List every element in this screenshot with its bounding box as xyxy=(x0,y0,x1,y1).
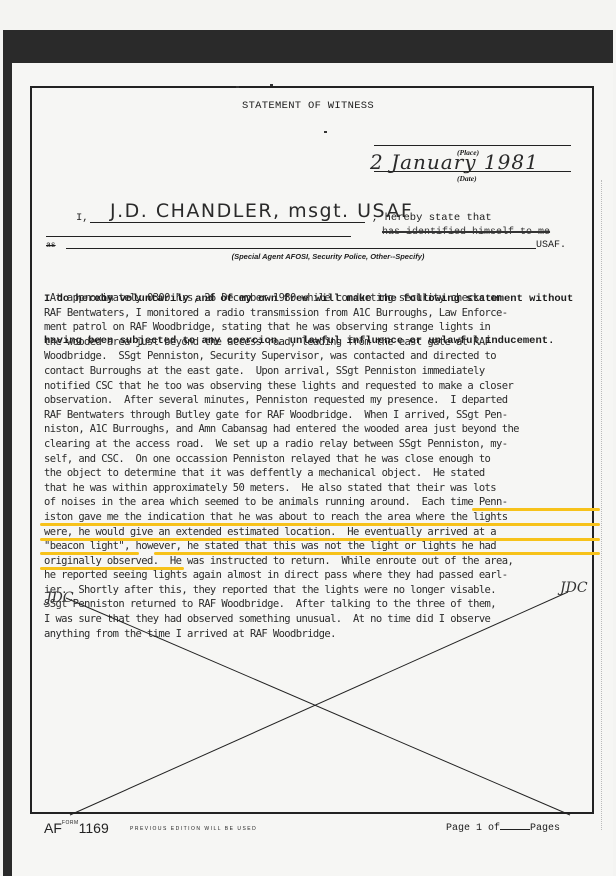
statement-line: were, he would give an extended estimate… xyxy=(44,525,604,540)
statement-line: contact Burroughs at the east gate. Upon… xyxy=(44,364,604,379)
form-number: AFFORM1169 xyxy=(44,820,109,836)
page-count: Page 1 ofPages xyxy=(446,823,560,834)
witness-name-line xyxy=(90,222,365,223)
statement-line: he reported seeing lights again almost i… xyxy=(44,568,604,583)
witness-prefix: I, xyxy=(76,212,89,224)
date-line xyxy=(374,171,571,172)
scan-speck xyxy=(324,131,327,133)
initials-right: JDC xyxy=(560,580,588,596)
statement-line: ment patrol on RAF Woodbridge, stating t… xyxy=(44,320,604,335)
form-title: STATEMENT OF WITNESS xyxy=(0,100,616,112)
struck-prefix: as xyxy=(46,241,56,250)
highlight-underline xyxy=(40,567,184,570)
statement-line: Woodbridge. SSgt Penniston, Security Sup… xyxy=(44,349,604,364)
statement-line: observation. After several minutes, Penn… xyxy=(44,393,604,408)
highlight-underline xyxy=(472,508,600,511)
date-label: (Date) xyxy=(457,174,477,183)
page-suffix: Pages xyxy=(530,823,560,834)
void-cross-lines xyxy=(30,590,596,818)
statement-line: At approximately 0300 hrs, 26 December 1… xyxy=(44,291,604,306)
witness-suffix: , hereby state that xyxy=(372,212,492,224)
statement-line: the object to determine that it was deff… xyxy=(44,466,604,481)
witness-name: J.D. CHANDLER, msgt. USAF xyxy=(110,200,413,222)
statement-line: that he was within approximately 50 mete… xyxy=(44,481,604,496)
scan-speck xyxy=(236,86,239,88)
statement-line: niston, A1C Burroughs, and Amn Cabansag … xyxy=(44,422,604,437)
form-id: 1169 xyxy=(79,820,109,836)
place-line xyxy=(374,145,571,146)
highlight-underline xyxy=(40,523,600,526)
highlight-underline xyxy=(40,552,139,555)
struck-text: has identified himself to me xyxy=(382,227,550,238)
scan-top-border xyxy=(3,30,613,63)
scan-speck xyxy=(270,84,273,86)
form-prefix: AF xyxy=(44,820,62,836)
statement-line: RAF Bentwaters through Butley gate for R… xyxy=(44,408,604,423)
statement-line: self, and CSC. On one occassion Pennisto… xyxy=(44,452,604,467)
statement-line: RAF Bentwaters, I monitored a radio tran… xyxy=(44,306,604,321)
highlight-underline xyxy=(154,552,600,555)
affiliation-label: (Special Agent AFOSI, Security Police, O… xyxy=(0,252,616,261)
statement-body: At approximately 0300 hrs, 26 December 1… xyxy=(44,291,604,641)
statement-line: the wooded area just beyond the access r… xyxy=(44,335,604,350)
scan-left-border xyxy=(3,30,12,876)
blank-line xyxy=(46,236,351,237)
statement-line: clearing at the access road. We set up a… xyxy=(44,437,604,452)
form-sup: FORM xyxy=(62,820,79,826)
highlight-underline xyxy=(40,538,600,541)
affiliation-line xyxy=(66,248,536,249)
edition-note: PREVIOUS EDITION WILL BE USED xyxy=(130,826,257,832)
statement-line: notified CSC that he too was observing t… xyxy=(44,379,604,394)
initials-left: JDC xyxy=(46,590,74,606)
affiliation-suffix: USAF. xyxy=(536,240,566,251)
page-prefix: Page 1 of xyxy=(446,823,500,834)
page-total-blank xyxy=(500,829,530,830)
